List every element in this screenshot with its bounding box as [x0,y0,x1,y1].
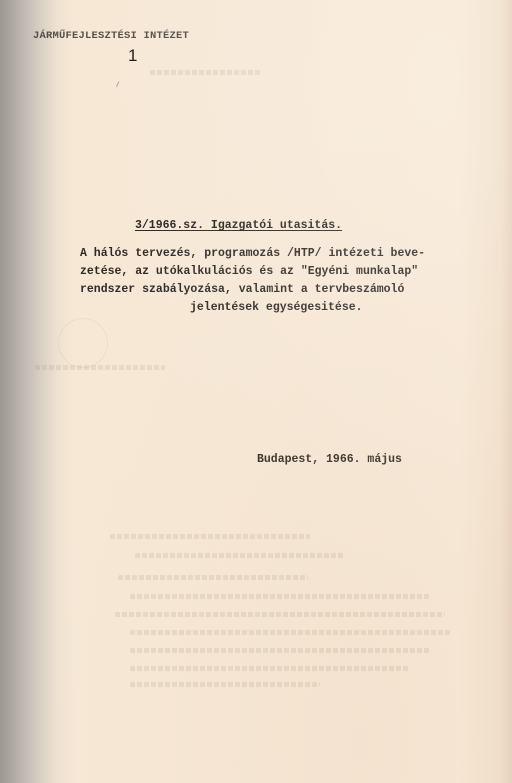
bleed-through-line [130,666,410,671]
bleed-through-line [118,575,308,580]
organization-header: JÁRMŰFEJLESZTÉSI INTÉZET [33,30,189,42]
bleed-through-line [130,682,320,687]
faint-seal-impression [58,318,108,368]
pen-mark [116,81,123,89]
subject-line: rendszer szabályozása, valamint a tervbe… [80,281,425,299]
bleed-through-line [130,594,430,599]
scanned-page: JÁRMŰFEJLESZTÉSI INTÉZET 1 3/1966.sz. Ig… [0,0,512,783]
subject-line: jelentések egységesitése. [80,299,425,317]
subject-line: zetése, az utókalkulációs és az "Egyéni … [80,263,425,281]
bleed-through-line [135,553,345,558]
document-title: 3/1966.sz. Igazgatói utasitás. [135,219,342,232]
bleed-through-line [115,612,445,617]
bleed-through-line [130,648,430,653]
place-and-date: Budapest, 1966. május [257,453,402,466]
bleed-through-line [130,630,450,635]
subject-line: A hálós tervezés, programozás /HTP/ inté… [80,245,425,263]
subject-paragraph: A hálós tervezés, programozás /HTP/ inté… [80,245,425,317]
bleed-through-line [150,70,260,75]
page-number: 1 [128,46,137,66]
bleed-through-line [35,365,165,370]
bleed-through-line [110,534,310,539]
